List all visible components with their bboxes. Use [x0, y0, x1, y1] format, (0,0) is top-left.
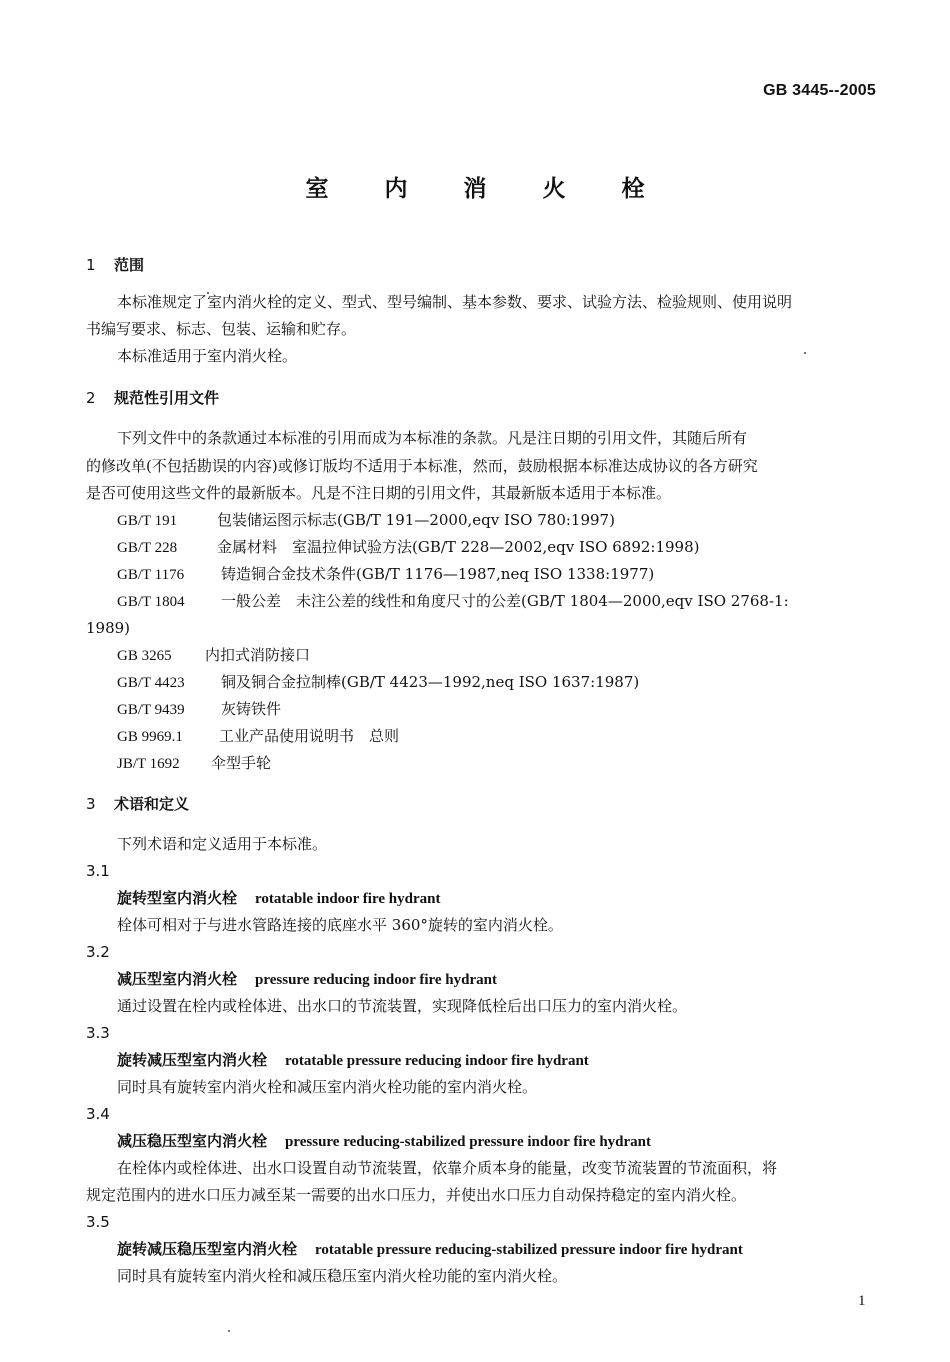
scan-speck [207, 292, 209, 294]
reference-title: 包装储运图示标志(GB/T 191—2000,eqv ISO 780:1997) [217, 511, 615, 529]
clause-number: 3.3 [86, 1023, 110, 1043]
term-definition: 在栓体内或栓体进、出水口设置自动节流装置，依靠介质本身的能量，改变节流装置的节流… [117, 1158, 777, 1178]
scan-speck [804, 352, 806, 354]
reference-title: 一般公差 未注公差的线性和角度尺寸的公差(GB/T 1804—2000,eqv … [221, 592, 789, 610]
reference-item: GB/T 1176铸造铜合金技术条件(GB/T 1176—1987,neq IS… [117, 564, 654, 585]
standard-code: GB 3445--2005 [763, 82, 876, 100]
reference-item: GB/T 1804一般公差 未注公差的线性和角度尺寸的公差(GB/T 1804—… [117, 591, 789, 612]
scan-speck [228, 1330, 230, 1332]
reference-title: 金属材料 室温拉伸试验方法(GB/T 228—2002,eqv ISO 6892… [217, 538, 700, 556]
section-1-heading: 1范围 [86, 255, 144, 275]
term-zh: 减压稳压型室内消火栓 [117, 1132, 267, 1150]
term-heading: 旋转型室内消火栓rotatable indoor fire hydrant [117, 888, 440, 909]
reference-code: JB/T 1692 [117, 754, 211, 774]
clause-number: 3.1 [86, 861, 110, 881]
term-definition: 同时具有旋转室内消火栓和减压室内消火栓功能的室内消火栓。 [117, 1077, 537, 1097]
section-title: 范围 [114, 256, 144, 274]
reference-continuation: 1989) [86, 618, 130, 638]
reference-item: GB/T 228金属材料 室温拉伸试验方法(GB/T 228—2002,eqv … [117, 537, 700, 558]
reference-title: 铜及铜合金拉制棒(GB/T 4423—1992,neq ISO 1637:198… [221, 673, 639, 691]
reference-title: 铸造铜合金技术条件(GB/T 1176—1987,neq ISO 1338:19… [221, 565, 654, 583]
term-en: pressure reducing indoor fire hydrant [255, 972, 497, 988]
term-en: rotatable pressure reducing indoor fire … [285, 1053, 589, 1069]
section-3-heading: 3术语和定义 [86, 794, 189, 814]
clause-number: 3.4 [86, 1104, 110, 1124]
term-en: rotatable pressure reducing-stabilized p… [315, 1242, 743, 1258]
section-title: 术语和定义 [114, 795, 189, 813]
reference-title: 灰铸铁件 [221, 700, 281, 718]
reference-code: GB/T 1804 [117, 592, 221, 612]
term-en: rotatable indoor fire hydrant [255, 891, 440, 907]
reference-item: JB/T 1692伞型手轮 [117, 753, 271, 774]
term-en: pressure reducing-stabilized pressure in… [285, 1134, 651, 1150]
term-definition: 通过设置在栓内或栓体进、出水口的节流装置，实现降低栓后出口压力的室内消火栓。 [117, 996, 687, 1016]
paragraph: 是否可使用这些文件的最新版本。凡是不注日期的引用文件，其最新版本适用于本标准。 [86, 483, 671, 503]
reference-code: GB/T 9439 [117, 700, 221, 720]
section-number: 1 [86, 255, 114, 275]
reference-code: GB/T 191 [117, 511, 217, 531]
paragraph: 的修改单(不包括勘误的内容)或修订版均不适用于本标准，然而，鼓励根据本标准达成协… [86, 456, 758, 476]
reference-code: GB/T 228 [117, 538, 217, 558]
page-number: 1 [858, 1293, 866, 1310]
section-number: 3 [86, 794, 114, 814]
section-2-heading: 2规范性引用文件 [86, 388, 219, 408]
paragraph: 下列文件中的条款通过本标准的引用而成为本标准的条款。凡是注日期的引用文件，其随后… [117, 428, 747, 448]
reference-item: GB 3265内扣式消防接口 [117, 645, 310, 666]
reference-title: 工业产品使用说明书 总则 [219, 727, 399, 745]
reference-item: GB/T 191包装储运图示标志(GB/T 191—2000,eqv ISO 7… [117, 510, 615, 531]
document-title: 室 内 消 火 栓 [0, 170, 950, 203]
term-zh: 旋转型室内消火栓 [117, 889, 237, 907]
term-zh: 旋转减压稳压型室内消火栓 [117, 1240, 297, 1258]
reference-item: GB 9969.1工业产品使用说明书 总则 [117, 726, 399, 747]
reference-code: GB/T 4423 [117, 673, 221, 693]
term-definition: 栓体可相对于与进水管路连接的底座水平 360°旋转的室内消火栓。 [117, 915, 563, 935]
term-heading: 减压型室内消火栓pressure reducing indoor fire hy… [117, 969, 497, 990]
term-zh: 减压型室内消火栓 [117, 970, 237, 988]
reference-code: GB 9969.1 [117, 727, 219, 747]
reference-item: GB/T 4423铜及铜合金拉制棒(GB/T 4423—1992,neq ISO… [117, 672, 639, 693]
section-title: 规范性引用文件 [114, 389, 219, 407]
term-heading: 旋转减压型室内消火栓rotatable pressure reducing in… [117, 1050, 589, 1071]
paragraph: 书编写要求、标志、包装、运输和贮存。 [86, 319, 356, 339]
reference-code: GB/T 1176 [117, 565, 221, 585]
term-heading: 减压稳压型室内消火栓pressure reducing-stabilized p… [117, 1131, 651, 1152]
reference-item: GB/T 9439灰铸铁件 [117, 699, 281, 720]
clause-number: 3.5 [86, 1212, 110, 1232]
term-zh: 旋转减压型室内消火栓 [117, 1051, 267, 1069]
reference-title: 伞型手轮 [211, 754, 271, 772]
paragraph: 本标准适用于室内消火栓。 [117, 346, 297, 366]
paragraph: 下列术语和定义适用于本标准。 [117, 834, 327, 854]
term-definition: 规定范围内的进水口压力减至某一需要的出水口压力，并使出水口压力自动保持稳定的室内… [86, 1185, 746, 1205]
paragraph: 本标准规定了室内消火栓的定义、型式、型号编制、基本参数、要求、试验方法、检验规则… [117, 292, 792, 312]
reference-code: GB 3265 [117, 646, 205, 666]
clause-number: 3.2 [86, 942, 110, 962]
reference-title: 内扣式消防接口 [205, 646, 310, 664]
term-heading: 旋转减压稳压型室内消火栓rotatable pressure reducing-… [117, 1239, 743, 1260]
term-definition: 同时具有旋转室内消火栓和减压稳压室内消火栓功能的室内消火栓。 [117, 1266, 567, 1286]
section-number: 2 [86, 388, 114, 408]
